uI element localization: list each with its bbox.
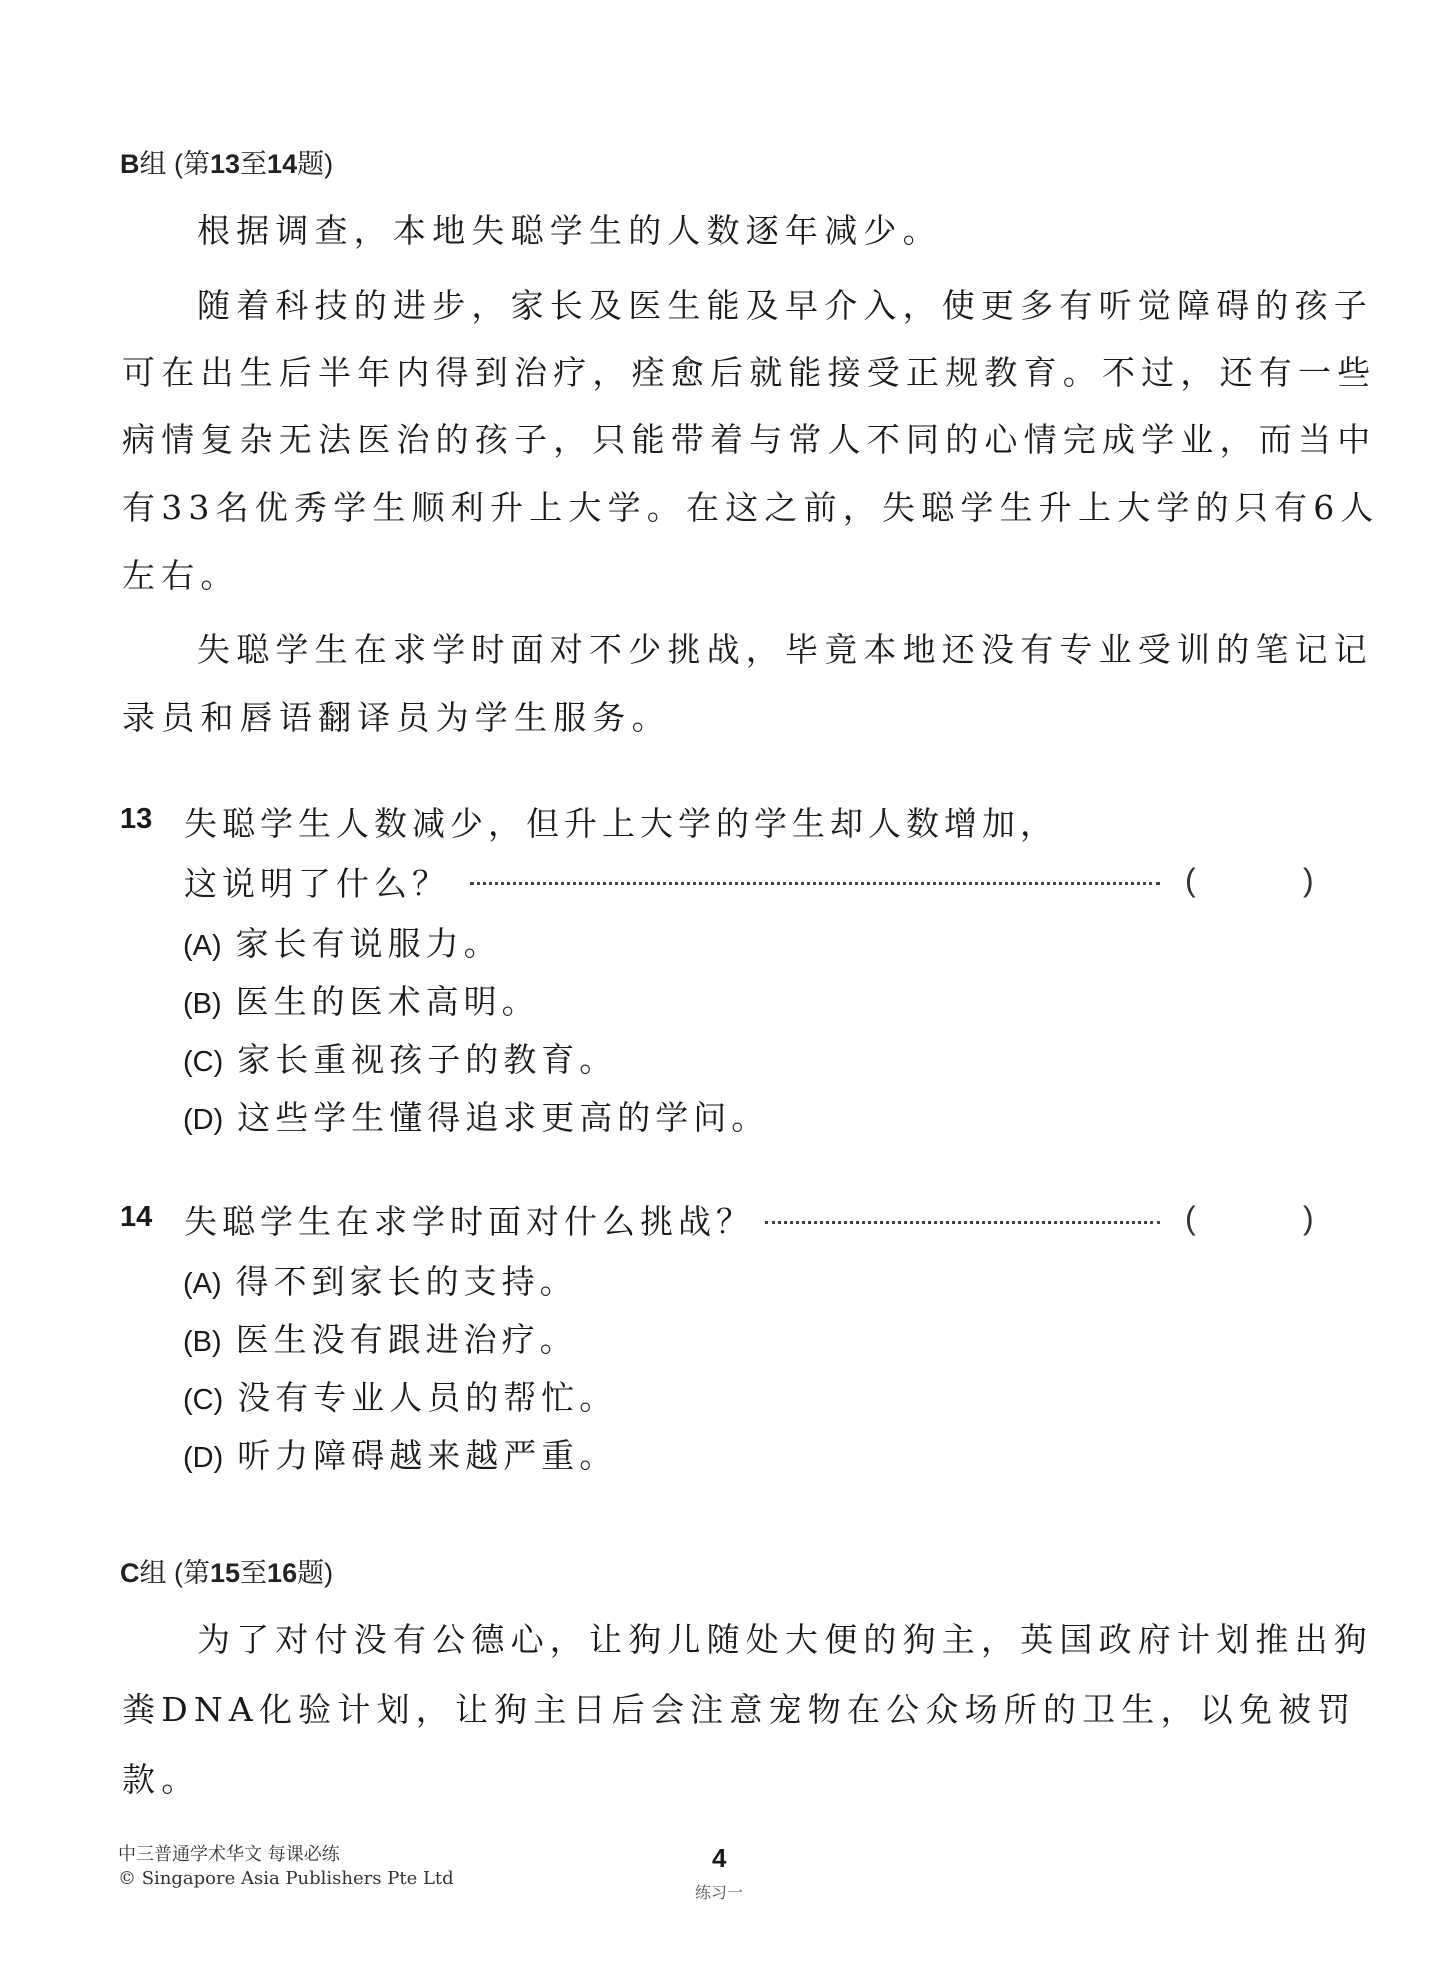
passage-line: 可在出生后半年内得到治疗，痊愈后就能接受正规教育。不过，还有一些 [122, 347, 1376, 394]
range-separator: 至 [240, 1558, 267, 1588]
passage-line: 录员和唇语翻译员为学生服务。 [122, 692, 671, 739]
question-range-end: 16 [267, 1558, 297, 1588]
question-number: 14 [120, 1201, 152, 1234]
answer-blank[interactable] [1200, 858, 1300, 902]
group-label-end: 题) [297, 1558, 333, 1588]
passage-line: 款。 [122, 1754, 200, 1801]
option-text: 这些学生懂得追求更高的学问。 [237, 1098, 769, 1137]
group-letter: C [120, 1558, 140, 1588]
footer-copyright: © Singapore Asia Publishers Pte Ltd [118, 1867, 454, 1891]
passage-line: 随着科技的进步，家长及医生能及早介入，使更多有听觉障碍的孩子 [197, 280, 1373, 327]
passage-line: 左右。 [122, 550, 240, 597]
question-text: 失聪学生人数减少，但升上大学的学生却人数增加， [184, 798, 1058, 845]
option-text: 得不到家长的支持。 [236, 1262, 578, 1301]
question-range-end: 14 [267, 149, 297, 179]
question-range-start: 13 [210, 149, 240, 179]
answer-bracket-open: ( [1185, 1200, 1196, 1237]
passage-line: 有33名优秀学生顺利升上大学。在这之前，失聪学生升上大学的只有6人 [122, 482, 1380, 529]
option-text: 听力障碍越来越严重。 [237, 1436, 617, 1475]
option-label: (B) [183, 1326, 222, 1358]
option-c: (C) 没有专业人员的帮忙。 [183, 1372, 617, 1419]
option-a: (A) 家长有说服力。 [183, 918, 502, 965]
option-text: 医生没有跟进治疗。 [236, 1320, 578, 1359]
option-text: 家长有说服力。 [236, 924, 502, 963]
answer-blank[interactable] [1200, 1196, 1300, 1240]
question-text: 失聪学生在求学时面对什么挑战？ [184, 1196, 754, 1243]
option-label: (D) [183, 1104, 223, 1136]
answer-bracket-open: ( [1185, 862, 1196, 899]
option-label: (C) [183, 1046, 223, 1078]
answer-bracket-close: ) [1303, 1200, 1314, 1237]
question-number: 13 [120, 803, 152, 836]
group-b-heading: B组 (第13至14题) [120, 142, 333, 181]
option-b: (B) 医生的医术高明。 [183, 976, 540, 1023]
option-text: 医生的医术高明。 [236, 982, 540, 1021]
passage-line: 为了对付没有公德心，让狗儿随处大便的狗主，英国政府计划推出狗 [197, 1614, 1373, 1661]
leader-dots [470, 882, 1160, 885]
passage-line: 粪DNA化验计划，让狗主日后会注意宠物在公众场所的卫生，以免被罚 [122, 1684, 1357, 1731]
option-d: (D) 听力障碍越来越严重。 [183, 1430, 617, 1477]
option-c: (C) 家长重视孩子的教育。 [183, 1034, 617, 1081]
footer-book-title: 中三普通学术华文 每课必练 [118, 1843, 340, 1867]
passage-line: 失聪学生在求学时面对不少挑战，毕竟本地还没有专业受训的笔记记 [197, 624, 1373, 671]
option-a: (A) 得不到家长的支持。 [183, 1256, 578, 1303]
page-number: 4 [712, 1843, 726, 1874]
option-text: 家长重视孩子的教育。 [237, 1040, 617, 1079]
group-label-end: 题) [297, 149, 333, 179]
group-c-heading: C组 (第15至16题) [120, 1551, 333, 1590]
leader-dots [765, 1221, 1160, 1224]
option-label: (A) [183, 930, 222, 962]
group-label: 组 (第 [140, 1558, 211, 1588]
option-text: 没有专业人员的帮忙。 [237, 1378, 617, 1417]
option-label: (B) [183, 988, 222, 1020]
option-label: (C) [183, 1384, 223, 1416]
footer-section: 练习一 [695, 1880, 743, 1903]
range-separator: 至 [240, 149, 267, 179]
option-d: (D) 这些学生懂得追求更高的学问。 [183, 1092, 769, 1139]
passage-line: 根据调查，本地失聪学生的人数逐年减少。 [197, 205, 942, 252]
group-label: 组 (第 [140, 149, 211, 179]
option-label: (D) [183, 1442, 223, 1474]
question-range-start: 15 [210, 1558, 240, 1588]
answer-bracket-close: ) [1303, 862, 1314, 899]
question-text: 这说明了什么？ [184, 858, 450, 905]
group-letter: B [120, 149, 140, 179]
option-b: (B) 医生没有跟进治疗。 [183, 1314, 578, 1361]
passage-line: 病情复杂无法医治的孩子，只能带着与常人不同的心情完成学业，而当中 [122, 414, 1376, 461]
option-label: (A) [183, 1268, 222, 1300]
